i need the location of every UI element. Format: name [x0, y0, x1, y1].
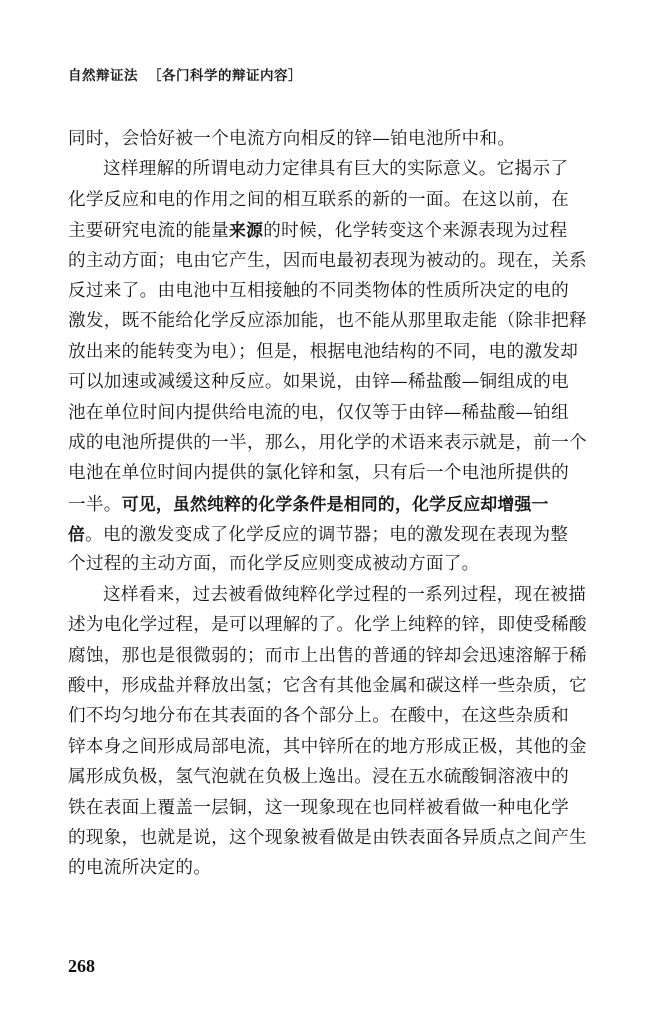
- text-line: 池在单位时间内提供给电流的电，仅仅等于由锌—稀盐酸—铂组: [68, 398, 602, 428]
- text-line: 可以加速或减缓这种反应。如果说，由锌—稀盐酸—铜组成的电: [68, 367, 602, 397]
- text-line: 化学反应和电的作用之间的相互联系的新的一面。在这以前，在: [68, 185, 602, 215]
- section-title: ［各门科学的辩证内容］: [148, 68, 302, 84]
- running-head: 自然辩证法［各门科学的辩证内容］: [68, 64, 302, 84]
- text-run: 述为电化学过程，是可以理解的了。化学上纯粹的锌，即使受稀酸: [68, 615, 587, 635]
- text-run: 铁在表面上覆盖一层铜，这一现象现在也同样被看做一种电化学: [68, 798, 569, 818]
- text-line: 酸中，形成盐并释放出氢；它含有其他金属和碳这样一些杂质，它: [68, 671, 602, 701]
- text-run: 这样看来，过去被看做纯粹化学过程的一系列过程，现在被描: [103, 585, 586, 605]
- text-line: 腐蚀，那也是很微弱的；而市上出售的普通的锌却会迅速溶解于稀: [68, 641, 602, 671]
- text-run: 主要研究电流的能量: [68, 221, 229, 241]
- text-run: 这样理解的所谓电动力定律具有巨大的实际意义。它揭示了: [103, 159, 568, 179]
- text-line: 一半。可见，虽然纯粹的化学条件是相同的，化学反应却增强一: [68, 489, 602, 519]
- text-line: 锌本身之间形成局部电流，其中锌所在的地方形成正极，其他的金: [68, 732, 602, 762]
- emphasized-text: 来源: [229, 220, 263, 240]
- text-run: 成的电池所提供的一半，那么，用化学的术语来表示就是，前一个: [68, 433, 587, 453]
- text-run: 电池在单位时间内提供的氯化锌和氢，只有后一个电池所提供的: [68, 463, 569, 483]
- text-line: 的电流所决定的。: [68, 853, 602, 883]
- text-line: 属形成负极，氢气泡就在负极上逸出。浸在五水硫酸铜溶液中的: [68, 762, 602, 792]
- text-run: 酸中，形成盐并释放出氢；它含有其他金属和碳这样一些杂质，它: [68, 676, 587, 696]
- page-number: 268: [68, 956, 95, 977]
- text-run: 池在单位时间内提供给电流的电，仅仅等于由锌—稀盐酸—铂组: [68, 403, 569, 423]
- text-line: 述为电化学过程，是可以理解的了。化学上纯粹的锌，即使受稀酸: [68, 610, 602, 640]
- text-line: 的现象，也就是说，这个现象被看做是由铁表面各异质点之间产生: [68, 823, 602, 853]
- text-run: 们不均匀地分布在其表面的各个部分上。在酸中，在这些杂质和: [68, 706, 569, 726]
- text-line: 同时，会恰好被一个电流方向相反的锌—铂电池所中和。: [68, 124, 602, 154]
- paragraph: 这样看来，过去被看做纯粹化学过程的一系列过程，现在被描述为电化学过程，是可以理解…: [68, 580, 602, 884]
- text-line: 个过程的主动方面，而化学反应则变成被动方面了。: [68, 549, 602, 579]
- text-line: 激发，既不能给化学反应添加能，也不能从那里取走能（除非把释: [68, 306, 602, 336]
- text-run: 的电流所决定的。: [68, 858, 211, 878]
- text-line: 这样理解的所谓电动力定律具有巨大的实际意义。它揭示了: [68, 154, 602, 184]
- text-run: 放出来的能转变为电）；但是，根据电池结构的不同，电的激发却: [68, 342, 578, 362]
- book-title: 自然辩证法: [68, 68, 138, 84]
- text-run: 个过程的主动方面，而化学反应则变成被动方面了。: [68, 554, 480, 574]
- text-run: 的时候，化学转变这个来源表现为过程: [263, 221, 567, 241]
- text-run: 激发，既不能给化学反应添加能，也不能从那里取走能（除非把释: [68, 311, 587, 331]
- text-line: 成的电池所提供的一半，那么，用化学的术语来表示就是，前一个: [68, 428, 602, 458]
- emphasized-text: 可见，虽然纯粹的化学条件是相同的，化学反应却增强一: [122, 494, 549, 514]
- text-line: 主要研究电流的能量来源的时候，化学转变这个来源表现为过程: [68, 215, 602, 245]
- text-run: 同时，会恰好被一个电流方向相反的锌—铂电池所中和。: [68, 129, 515, 149]
- text-run: 化学反应和电的作用之间的相互联系的新的一面。在这以前，在: [68, 190, 569, 210]
- text-run: 。电的激发变成了化学反应的调节器；电的激发现在表现为整: [85, 525, 568, 545]
- text-run: 的现象，也就是说，这个现象被看做是由铁表面各异质点之间产生: [68, 828, 587, 848]
- text-run: 一半。: [68, 495, 122, 515]
- text-line: 们不均匀地分布在其表面的各个部分上。在酸中，在这些杂质和: [68, 701, 602, 731]
- text-run: 属形成负极，氢气泡就在负极上逸出。浸在五水硫酸铜溶液中的: [68, 767, 569, 787]
- paragraph: 同时，会恰好被一个电流方向相反的锌—铂电池所中和。: [68, 124, 602, 154]
- body-text: 同时，会恰好被一个电流方向相反的锌—铂电池所中和。这样理解的所谓电动力定律具有巨…: [68, 124, 602, 884]
- paragraph: 这样理解的所谓电动力定律具有巨大的实际意义。它揭示了化学反应和电的作用之间的相互…: [68, 154, 602, 579]
- text-run: 的主动方面；电由它产生，因而电最初表现为被动的。现在，关系: [68, 251, 587, 271]
- text-line: 铁在表面上覆盖一层铜，这一现象现在也同样被看做一种电化学: [68, 793, 602, 823]
- text-line: 倍。电的激发变成了化学反应的调节器；电的激发现在表现为整: [68, 519, 602, 549]
- text-line: 放出来的能转变为电）；但是，根据电池结构的不同，电的激发却: [68, 337, 602, 367]
- text-run: 反过来了。由电池中互相接触的不同类物体的性质所决定的电的: [68, 281, 569, 301]
- book-page: 自然辩证法［各门科学的辩证内容］ 同时，会恰好被一个电流方向相反的锌—铂电池所中…: [0, 0, 672, 1024]
- text-run: 可以加速或减缓这种反应。如果说，由锌—稀盐酸—铜组成的电: [68, 372, 569, 392]
- text-line: 电池在单位时间内提供的氯化锌和氢，只有后一个电池所提供的: [68, 458, 602, 488]
- emphasized-text: 倍: [68, 524, 85, 544]
- text-run: 腐蚀，那也是很微弱的；而市上出售的普通的锌却会迅速溶解于稀: [68, 646, 587, 666]
- text-run: 锌本身之间形成局部电流，其中锌所在的地方形成正极，其他的金: [68, 737, 587, 757]
- text-line: 这样看来，过去被看做纯粹化学过程的一系列过程，现在被描: [68, 580, 602, 610]
- text-line: 反过来了。由电池中互相接触的不同类物体的性质所决定的电的: [68, 276, 602, 306]
- text-line: 的主动方面；电由它产生，因而电最初表现为被动的。现在，关系: [68, 246, 602, 276]
